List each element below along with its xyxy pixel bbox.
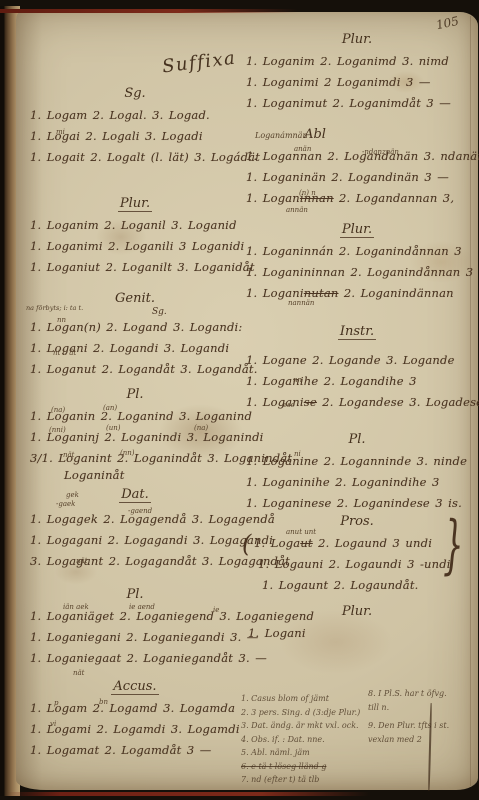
line-part: 1. Logani: [246, 286, 304, 300]
section-pl-instr: Pl. 1. Loganine 2. Loganninde 3. ninde 1…: [246, 432, 468, 517]
section-heading-text: Instr.: [338, 324, 376, 340]
interline-note: -gaek: [56, 500, 75, 508]
section-instr: Instr. 1. Logane 2. Logande 3. Logande 1…: [246, 324, 468, 416]
declension-line: 1. Logaut 2. Logaund 3 undi: [254, 536, 468, 550]
declension-line: 1. Loganiegaat 2. Loganiegandåt 3. —: [30, 651, 240, 665]
footnote: 5. Abl. näml. jäm: [241, 746, 360, 760]
declension-line: 3/1. Loganint 2. Loganindåt 3. Loganindå…: [30, 451, 240, 465]
section-heading: Plur.: [246, 604, 468, 619]
section-pl-genit: Pl. 1. Loganin 2. Loganind 3. Loganind 1…: [30, 387, 240, 489]
declension-line: 1. Logani: [248, 626, 468, 640]
declension-line: 1. Loganise 2. Logandese 3. Logadese.: [246, 395, 468, 409]
page-number: 105: [435, 14, 460, 32]
manuscript-photo: 105 Suffixa Sg. 1. Logam 2. Logal. 3. Lo…: [0, 0, 479, 800]
footnote: 8. I Pl.S. har t öfvg.: [368, 687, 449, 701]
marginal-note: na förbyts; i: ta t.: [26, 304, 83, 312]
interline-note: ie aend: [129, 603, 155, 611]
line-part-struck: se: [304, 395, 317, 409]
section-heading-text: Plur.: [342, 604, 372, 619]
footnote: 2. 3 pers. Sing. d (3:dje Plur.): [241, 706, 360, 720]
section-heading: Pl.: [246, 432, 468, 447]
declension-line: 1. Loganinihe 2. Loganindihe 3: [246, 475, 468, 489]
section-heading-text: Plur.: [342, 32, 372, 47]
footnote: 4. Obs. if. : Dat. nne.: [241, 733, 360, 747]
section-heading-text: Sg.: [124, 86, 145, 101]
declension-line: 1. Loganimi 2. Loganili 3 Loganidi: [30, 239, 240, 253]
page-title: Suffixa: [161, 48, 237, 78]
declension-line: 1. Logami 2. Logamdi 3. Logamdi: [30, 722, 240, 736]
interline-note: (na): [194, 424, 208, 432]
declension-line: 1. Logannan 2. Logandanän 3. ndanän,: [246, 149, 468, 163]
lines-group: 1. Logagek 2. Logagendå 3. Logagendå 1. …: [30, 512, 240, 568]
declension-line: 1. Logam 2. Logal. 3. Logad.: [30, 108, 240, 122]
section-plur-top-right: Plur. 1. Loganim 2. Loganimd 3. nimd 1. …: [246, 32, 468, 117]
interline-note: anän: [294, 145, 311, 153]
interline-note: nannän: [288, 299, 314, 307]
interline-note: (nn): [120, 449, 134, 457]
declension-line: 1. Loganim 2. Loganil 3. Loganid: [30, 218, 240, 232]
interline-note: nn: [57, 316, 66, 324]
handwritten-content: 105 Suffixa Sg. 1. Logam 2. Logal. 3. Lo…: [0, 0, 479, 800]
section-heading: Plur.: [246, 222, 468, 237]
section-heading: Abl: [204, 127, 426, 142]
line-part: 2. Logaund 3 undi: [313, 536, 432, 550]
interline-note: ie: [213, 606, 219, 614]
interline-note: p: [54, 699, 58, 707]
interline-note: nät: [76, 557, 88, 565]
interline-note: (n) n: [299, 189, 316, 197]
footnotes-right: 8. I Pl.S. har t öfvg. till n. 9. Den Pl…: [368, 687, 449, 746]
declension-line: 1. Loganim 2. Loganimd 3. nimd: [246, 54, 468, 68]
interline-note: (an): [103, 404, 117, 412]
declension-line: 1. Loganinutan 2. Loganindännan: [246, 286, 468, 300]
section-plur-left: Plur. 1. Loganim 2. Loganil 3. Loganid 1…: [30, 196, 240, 281]
declension-line-continuation: Loganinåt: [64, 468, 240, 482]
interline-note: (nni): [49, 426, 66, 434]
section-heading-text: Pl.: [126, 587, 143, 602]
line-part-struck: ut: [300, 536, 312, 550]
interline-note: iän aek: [63, 603, 89, 611]
interline-note: nn: [293, 376, 302, 384]
section-heading: Plur.: [30, 196, 240, 211]
footnote-struck: 6. e tä t löseg lländ g: [241, 760, 360, 774]
line-part: 2. Loganindännan: [339, 286, 454, 300]
footnote: till n.: [368, 701, 449, 715]
interline-note: ni: [294, 450, 301, 458]
section-heading-text: Pl.: [348, 432, 365, 447]
declension-line: 1. Loganinän 2. Logandinän 3 —: [246, 170, 468, 184]
line-part-struck: nutan: [304, 286, 339, 300]
lines-group: 1. Logan(n) 2. Logand 3. Logandi: 1. Log…: [30, 320, 240, 376]
declension-line: 1. Loganiut 2. Loganilt 3. Loganidåt: [30, 260, 240, 274]
line-part: 2. Logandese 3. Logadese.: [317, 395, 479, 409]
interline-note: nt l. åt: [53, 349, 76, 357]
declension-line: 1. Logauni 2. Logaundi 3 -undi: [258, 557, 468, 571]
opening-paren-mark: (: [242, 530, 251, 558]
section-heading-text: Accus.: [111, 679, 158, 695]
closing-brace-mark: }: [443, 508, 463, 582]
interline-note: mi: [56, 128, 65, 136]
section-heading: Sg.: [30, 86, 240, 101]
interline-note: -gaend: [128, 507, 152, 515]
section-heading-text: Genit.: [115, 291, 155, 306]
declension-line: 1. Logait 2. Logalt (l. lät) 3. Logádät: [30, 150, 240, 164]
lines-group: 1. Logane 2. Logande 3. Logande 1. Logan…: [246, 353, 468, 409]
section-genit: Genit. na förbyts; i: ta t. Sg. 1. Logan…: [30, 291, 240, 383]
footnote: 1. Casus blom of jämt: [241, 692, 360, 706]
section-heading: Accus.: [30, 679, 240, 694]
declension-line: 1. Loganiäget 2. Loganiegend 3. Loganieg…: [30, 609, 240, 623]
footnote: 3. Dat. ändg. är mkt vxl. ock.: [241, 719, 360, 733]
section-accus: Accus. 1. Logam 2. Logamd 3. Logamda 1. …: [30, 679, 240, 764]
declension-line: 1. Loganut 2. Logandåt 3. Logandåt.: [30, 362, 240, 376]
section-pl-dat: Pl. 1. Loganiäget 2. Loganiegend 3. Loga…: [30, 587, 240, 672]
section-heading: Instr.: [246, 324, 468, 339]
interline-note: (na): [51, 406, 65, 414]
interline-note: nät: [63, 451, 75, 459]
declension-line: 1. Logane 2. Logande 3. Logande: [246, 353, 468, 367]
declension-line: 1. Loganimi 2 Loganimdi 3 —: [246, 75, 468, 89]
interline-note: gek: [66, 491, 79, 499]
footnote: 7. nd (efter t) tä tlb: [241, 773, 360, 787]
section-heading-text: Dat.: [119, 487, 151, 503]
line-part: 1. Logan: [246, 191, 300, 205]
declension-line: 1. Logamat 2. Logamdåt 3 —: [30, 743, 240, 757]
interline-note: ese: [283, 401, 295, 409]
interline-note: anut unt: [286, 528, 316, 536]
section-heading-text: Pros.: [340, 514, 374, 529]
section-plur-abl: Plur. 1. Loganinnán 2. Loganindånnan 3 1…: [246, 222, 468, 307]
interline-note: -ndanznän: [362, 148, 399, 156]
declension-line: 1. Loganininnan 2. Loganindånnan 3: [246, 265, 468, 279]
interline-note: annän: [286, 206, 308, 214]
declension-line: 1. Loganinese 2. Loganindese 3 is.: [246, 496, 468, 510]
declension-line: 1. Loganinnán 2. Loganindånnan 3: [246, 244, 468, 258]
declension-line: 1. Loganihe 2. Logandihe 3: [246, 374, 468, 388]
interline-note: (un): [106, 424, 120, 432]
section-heading: Plur.: [246, 32, 468, 47]
line-part: 1. Logani: [246, 395, 304, 409]
interline-note: nät: [73, 669, 85, 677]
footnote: vexlan med 2: [368, 733, 449, 747]
interline-note: Loganámnän: [255, 131, 308, 140]
section-heading: Pros.: [246, 514, 468, 529]
declension-line: 3. Logagant 2. Logagandåt 3. Logagandåt: [30, 554, 240, 568]
sub-heading: Sg.: [152, 307, 167, 317]
interline-note: bn: [99, 698, 108, 706]
footnotes-left: 1. Casus blom of jämt 2. 3 pers. Sing. d…: [241, 692, 360, 787]
declension-line: 1. Loganimut 2. Loganimdåt 3 —: [246, 96, 468, 110]
section-heading-text: Plur.: [118, 196, 152, 212]
declension-line: 1. Loganiegani 2. Loganiegandi 3. —: [30, 630, 240, 644]
section-heading: Pl.: [30, 587, 240, 602]
interline-note: vi: [50, 720, 56, 728]
declension-line: 1. Logaunt 2. Logaundåt.: [262, 578, 468, 592]
declension-line: 1. Logagani 2. Logagandi 3. Logagandi: [30, 533, 240, 547]
section-heading-text: Pl.: [126, 387, 143, 402]
section-plur-pros: Plur. 1. Logani: [246, 604, 468, 647]
line-part: 2. Logandannan 3,: [334, 191, 455, 205]
declension-line: 1. Loganinnan 2. Logandannan 3,: [246, 191, 468, 205]
section-heading-text: Plur.: [340, 222, 374, 238]
declension-line: 1. Logam 2. Logamd 3. Logamda: [30, 701, 240, 715]
section-heading: Pl.: [30, 387, 240, 402]
line-part: 1. Loga: [254, 536, 300, 550]
footnote: 9. Den Plur. tfts i st.: [368, 719, 449, 733]
section-pros: Pros. 1. Logaut 2. Logaund 3 undi 1. Log…: [246, 514, 468, 599]
declension-line: 1. Loganine 2. Loganninde 3. ninde: [246, 454, 468, 468]
